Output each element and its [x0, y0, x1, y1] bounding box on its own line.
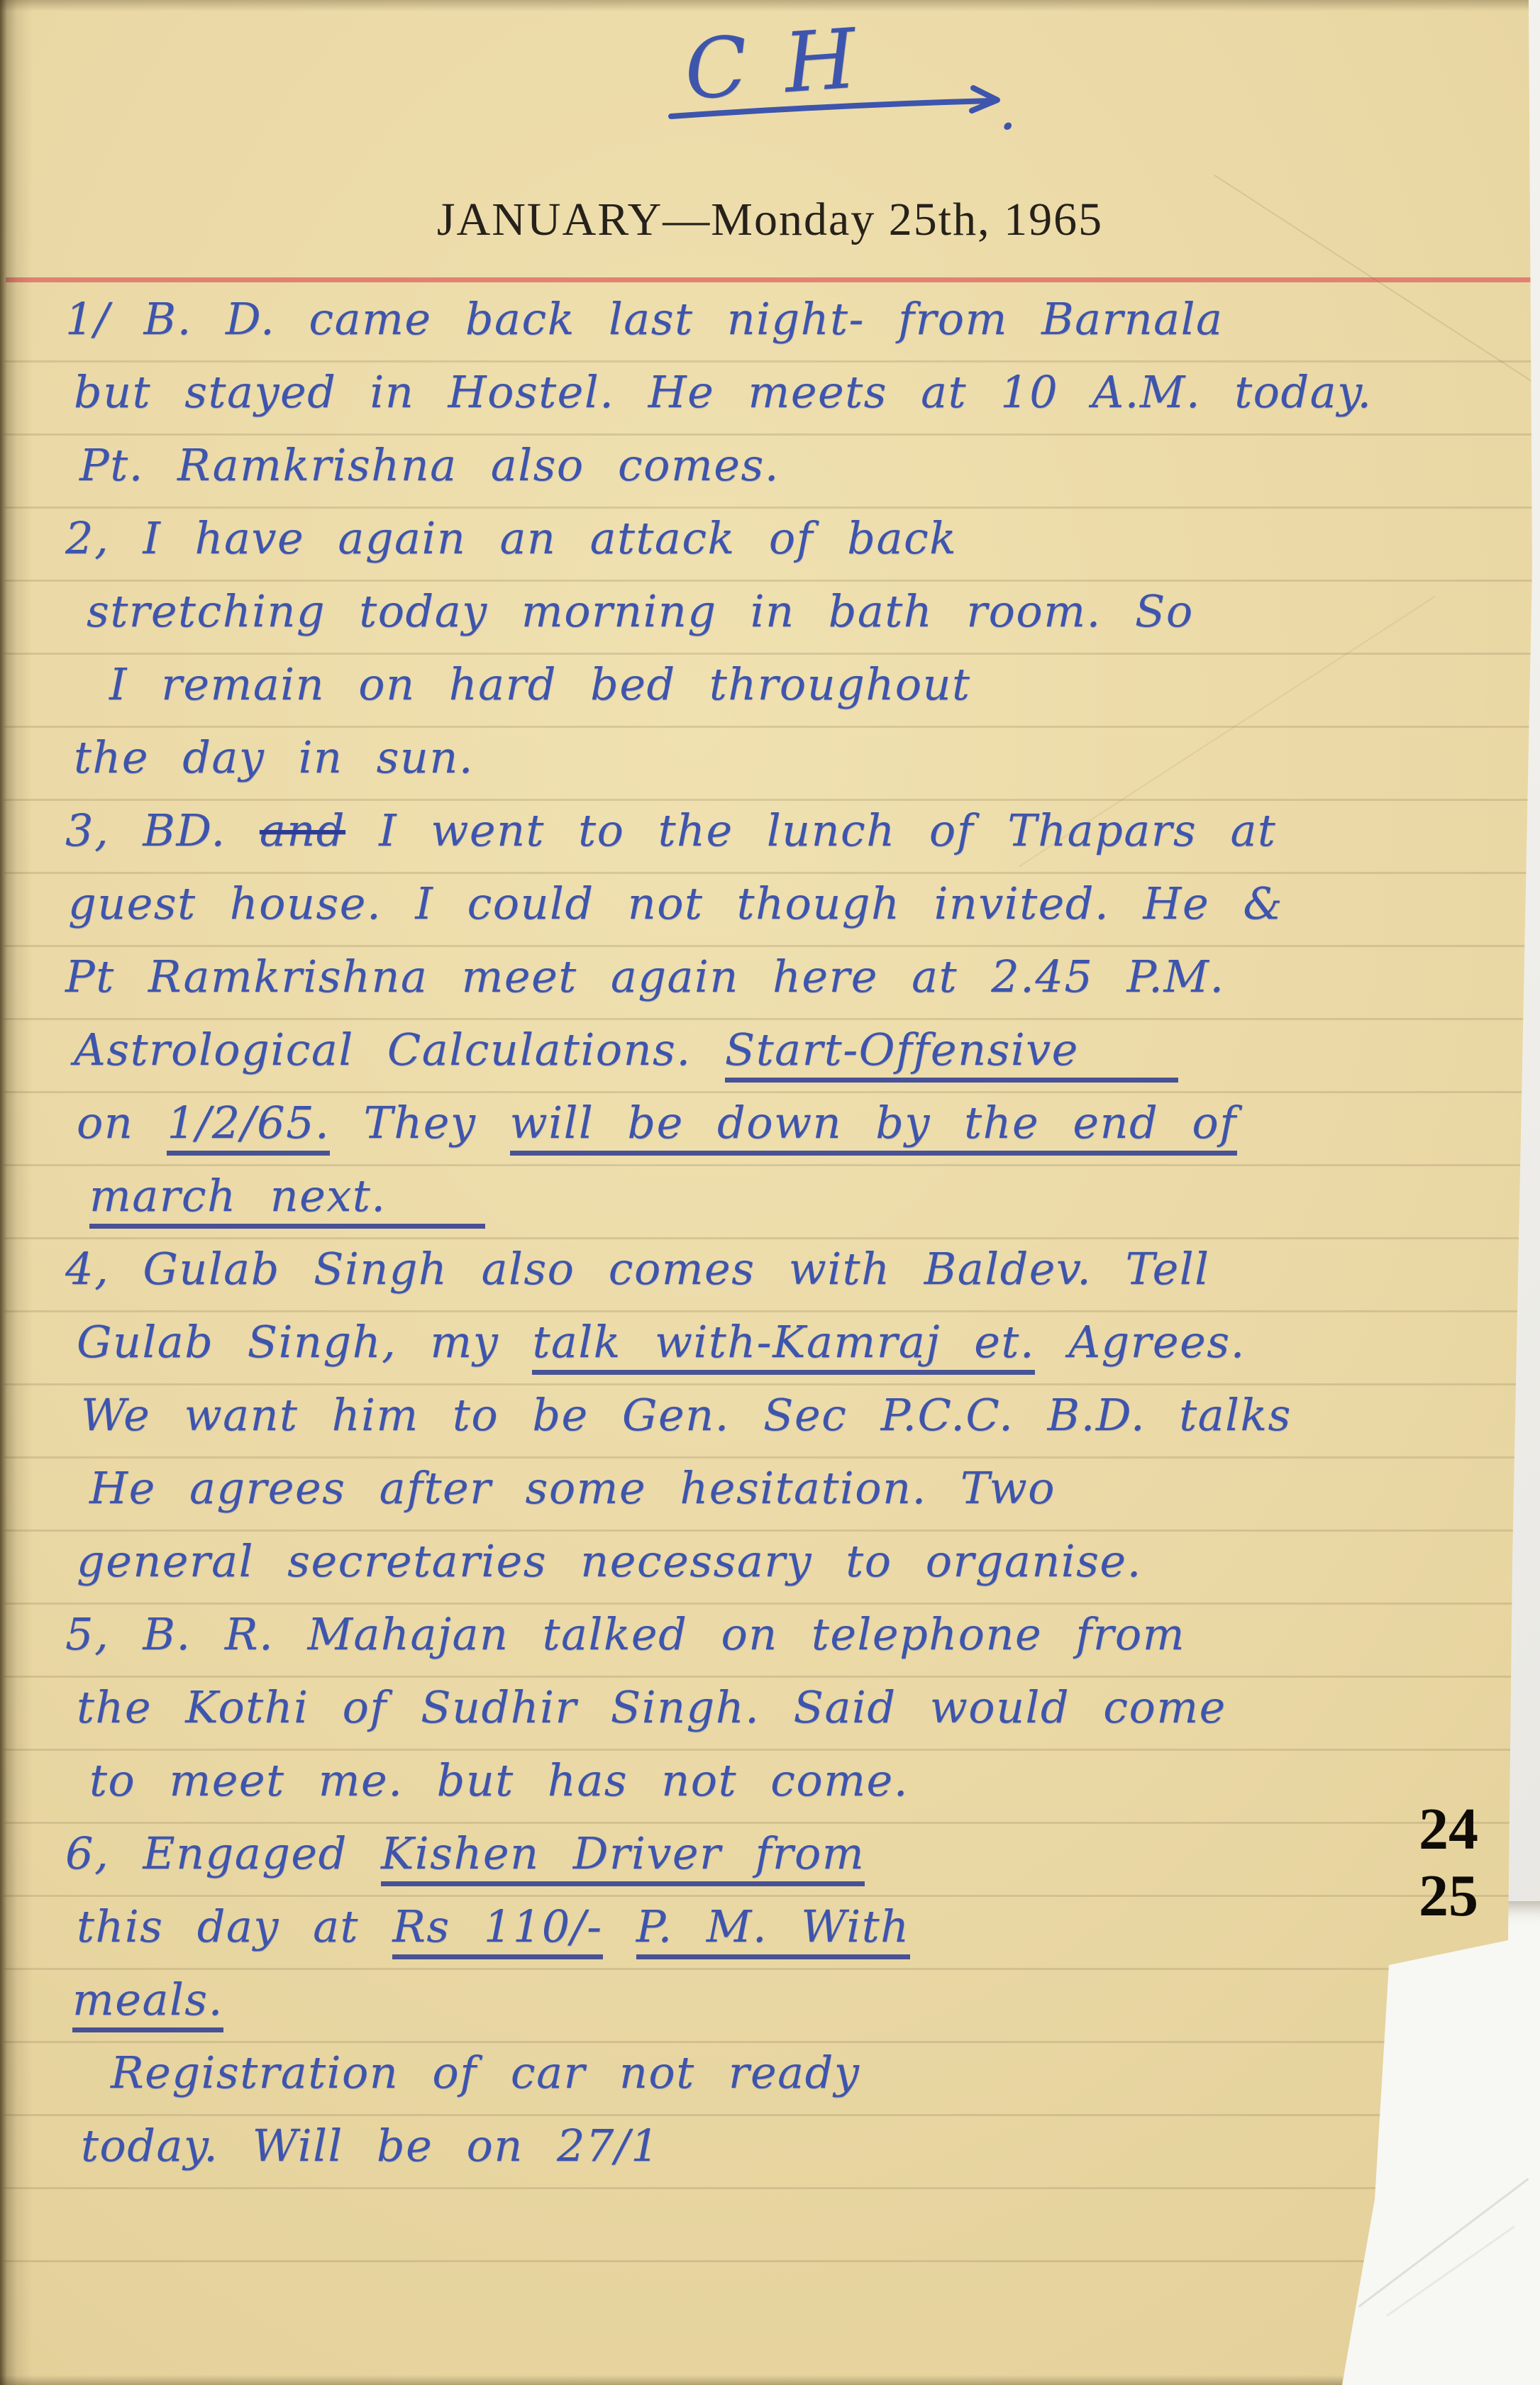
underlined-text: meals. — [72, 1974, 223, 2032]
line-text: this day at — [77, 1900, 392, 1952]
line-text: today. Will be on 27/1 — [81, 2120, 660, 2171]
entry-line: 4, Gulab Singh also comes with Baldev. T… — [65, 1232, 1519, 1305]
entry-line: but stayed in Hostel. He meets at 10 A.M… — [74, 355, 1519, 428]
underlined-text: march next. — [89, 1170, 485, 1229]
entry-line: meals. — [72, 1963, 1519, 2036]
paper-wrinkle — [1358, 2178, 1529, 2308]
line-text: guest house. I could not though invited.… — [68, 878, 1283, 929]
entry-line: Astrological Calculations. Start-Offensi… — [74, 1013, 1519, 1086]
line-text: 1/ B. D. came back last night- from Barn… — [65, 293, 1223, 345]
entry-line: I remain on hard bed throughout — [109, 648, 1519, 721]
line-text: He agrees after some hesitation. Two — [89, 1462, 1056, 1514]
line-text: to meet me. but has not come. — [89, 1754, 909, 1806]
red-margin-rule — [6, 277, 1540, 282]
title-underline-arrow-icon — [660, 61, 1057, 142]
underlined-text: P. M. With — [636, 1900, 910, 1959]
underlined-text: talk with-Kamraj et. — [532, 1316, 1035, 1375]
line-text: Agrees. — [1035, 1316, 1246, 1368]
entry-line: stretching today morning in bath room. S… — [87, 575, 1519, 648]
line-text: We want him to be Gen. Sec P.C.C. B.D. t… — [81, 1389, 1292, 1441]
line-text: Pt Ramkrishna meet again here at 2.45 P.… — [65, 951, 1225, 1002]
line-text: 4, Gulab Singh also comes with Baldev. T… — [65, 1243, 1209, 1295]
entry-line: general secretaries necessary to organis… — [77, 1524, 1519, 1598]
entry-line: 5, B. R. Mahajan talked on telephone fro… — [65, 1598, 1519, 1671]
line-text: 2, I have again an attack of back — [65, 512, 957, 564]
entry-line: march next. — [89, 1159, 1519, 1232]
line-text — [603, 1900, 636, 1952]
entry-line: Pt Ramkrishna meet again here at 2.45 P.… — [65, 940, 1519, 1013]
entry-line: on 1/2/65. They will be down by the end … — [77, 1086, 1519, 1159]
line-text: Pt. Ramkrishna also comes. — [79, 439, 780, 491]
entry-line: 3, BD. and I went to the lunch of Thapar… — [65, 794, 1519, 867]
entry-line: Pt. Ramkrishna also comes. — [79, 428, 1519, 502]
underlined-text: will be down by the end of — [510, 1097, 1237, 1156]
underlined-text: Rs 110/- — [392, 1900, 602, 1959]
entry-line: Registration of car not ready — [111, 2036, 1519, 2109]
line-text: on — [77, 1097, 167, 1149]
entry-line: 2, I have again an attack of back — [65, 502, 1519, 575]
corner-page-numbers: 24 25 — [1399, 1796, 1498, 1930]
line-text: They — [330, 1097, 509, 1149]
entry-line: 6, Engaged Kishen Driver from — [65, 1817, 1519, 1890]
underlined-text: Start-Offensive — [725, 1024, 1178, 1083]
page-number-24: 24 — [1399, 1796, 1498, 1863]
line-text: 3, BD. — [65, 804, 260, 856]
entry-line: the day in sun. — [74, 721, 1519, 794]
line-text: I went to the lunch of Thapars at — [345, 804, 1276, 856]
underlined-text: 1/2/65. — [167, 1097, 330, 1156]
scan-background: CH . JANUARY—Monday 25th, 1965 1/ B. D. … — [0, 0, 1540, 2385]
entry-line: this day at Rs 110/- P. M. With — [77, 1890, 1519, 1963]
page-number-25: 25 — [1399, 1863, 1498, 1930]
entry-line: the Kothi of Sudhir Singh. Said would co… — [77, 1671, 1519, 1744]
line-text: Registration of car not ready — [111, 2047, 860, 2098]
line-text: the Kothi of Sudhir Singh. Said would co… — [77, 1681, 1226, 1733]
entry-line: We want him to be Gen. Sec P.C.C. B.D. t… — [81, 1378, 1519, 1451]
entry-line: Gulab Singh, my talk with-Kamraj et. Agr… — [77, 1305, 1519, 1378]
handwritten-entries: 1/ B. D. came back last night- from Barn… — [65, 282, 1519, 2182]
line-text: 6, Engaged — [65, 1827, 381, 1879]
line-text: the day in sun. — [74, 731, 474, 783]
entry-line: guest house. I could not though invited.… — [68, 867, 1519, 940]
underlined-text: Kishen Driver from — [381, 1827, 865, 1886]
line-text: Astrological Calculations. — [74, 1024, 725, 1075]
entry-line: today. Will be on 27/1 — [81, 2109, 1519, 2182]
line-text: 5, B. R. Mahajan talked on telephone fro… — [65, 1608, 1185, 1660]
title-period: . — [999, 77, 1016, 143]
binding-edge-shadow — [0, 0, 33, 2385]
entry-line: to meet me. but has not come. — [89, 1744, 1519, 1817]
entry-line: He agrees after some hesitation. Two — [89, 1451, 1519, 1524]
line-text: stretching today morning in bath room. S… — [87, 585, 1194, 637]
diary-page: CH . JANUARY—Monday 25th, 1965 1/ B. D. … — [0, 0, 1540, 2385]
entry-line: 1/ B. D. came back last night- from Barn… — [65, 282, 1519, 355]
line-text: but stayed in Hostel. He meets at 10 A.M… — [74, 366, 1373, 418]
top-edge-shadow — [0, 0, 1540, 11]
line-text: I remain on hard bed throughout — [109, 658, 970, 710]
struck-word: and — [260, 804, 345, 856]
line-text: general secretaries necessary to organis… — [77, 1535, 1142, 1587]
line-text: Gulab Singh, my — [77, 1316, 532, 1368]
bottom-edge-shadow — [0, 2375, 1370, 2385]
printed-date-header: JANUARY—Monday 25th, 1965 — [0, 193, 1540, 247]
